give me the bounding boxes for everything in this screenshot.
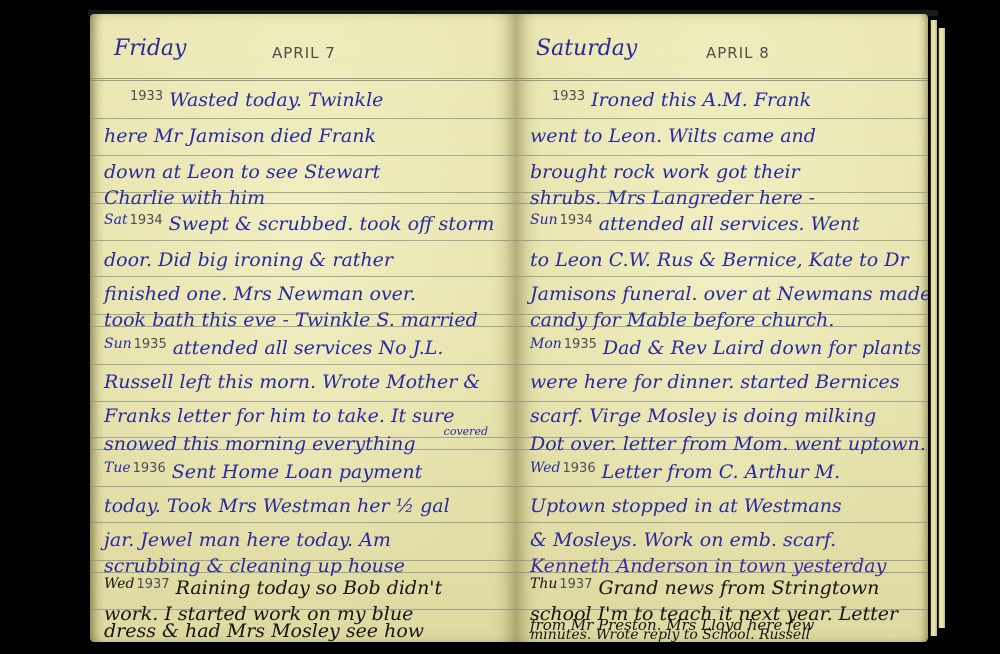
entry-line: Tue1936Sent Home Loan payment [104, 454, 508, 490]
entry-line: Sun1934attended all services. Went [530, 206, 920, 242]
entry-year: 1935 [134, 337, 167, 352]
left-page-april-7: Friday APRIL 7 1933Wasted today. Twinkle… [90, 14, 516, 642]
entry-day-abbr: Sat [104, 212, 128, 228]
entry-year: 1936 [563, 461, 596, 476]
entry-line: Sun1935attended all services No J.L. [104, 330, 508, 366]
page-stack-edge [938, 28, 945, 628]
entry-line: here Mr Jamison died Frank [104, 118, 508, 154]
entry-line: 1933Wasted today. Twinkle [130, 82, 508, 118]
entry-year: 1935 [564, 337, 597, 352]
diary-book: Friday APRIL 7 1933Wasted today. Twinkle… [86, 10, 948, 650]
header-rule [516, 78, 928, 81]
entry-line: minutes. Wrote reply to School. Russell [530, 628, 920, 642]
entry-year: 1934 [130, 213, 163, 228]
entry-year: 1937 [559, 577, 592, 592]
entry-line: went to Leon. Wilts came and [530, 118, 920, 154]
entry-day-abbr: Sun [104, 336, 132, 352]
entry-line: Russell left this morn. Wrote Mother & [104, 364, 508, 400]
entry-line: Wed1936Letter from C. Arthur M. [530, 454, 920, 490]
entry-year: 1936 [133, 461, 166, 476]
entry-year: 1933 [130, 89, 163, 104]
entry-line: dress & had Mrs Mosley see how [104, 620, 508, 642]
entry-line: door. Did big ironing & rather [104, 242, 508, 278]
entry-day-abbr: Wed [104, 576, 135, 592]
entry-line: 1933Ironed this A.M. Frank [552, 82, 920, 118]
date-heading: APRIL 8 [706, 44, 770, 62]
entry-line: Sat1934Swept & scrubbed. took off storm [104, 206, 508, 242]
entry-day-abbr: Wed [530, 460, 561, 476]
entry-day-abbr: Sun [530, 212, 558, 228]
entry-line: today. Took Mrs Westman her ½ gal [104, 488, 508, 524]
entry-line: were here for dinner. started Bernices [530, 364, 920, 400]
date-heading: APRIL 7 [272, 44, 336, 62]
day-name: Saturday [536, 36, 637, 61]
entry-year: 1934 [560, 213, 593, 228]
entry-line: Uptown stopped in at Westmans [530, 488, 920, 524]
entry-year: 1937 [137, 577, 170, 592]
entry-line: Mon1935Dad & Rev Laird down for plants [530, 330, 920, 366]
entry-day-abbr: Mon [530, 336, 562, 352]
insertion-note: covered [444, 414, 488, 450]
entry-day-abbr: Tue [104, 460, 131, 476]
page-stack-edge [930, 20, 937, 636]
entry-year: 1933 [552, 89, 585, 104]
entry-line: to Leon C.W. Rus & Bernice, Kate to Dr [530, 242, 920, 278]
header-rule [90, 78, 516, 81]
right-page-april-8: Saturday APRIL 8 1933Ironed this A.M. Fr… [516, 14, 928, 642]
day-name: Friday [114, 36, 186, 61]
entry-day-abbr: Thu [530, 576, 557, 592]
